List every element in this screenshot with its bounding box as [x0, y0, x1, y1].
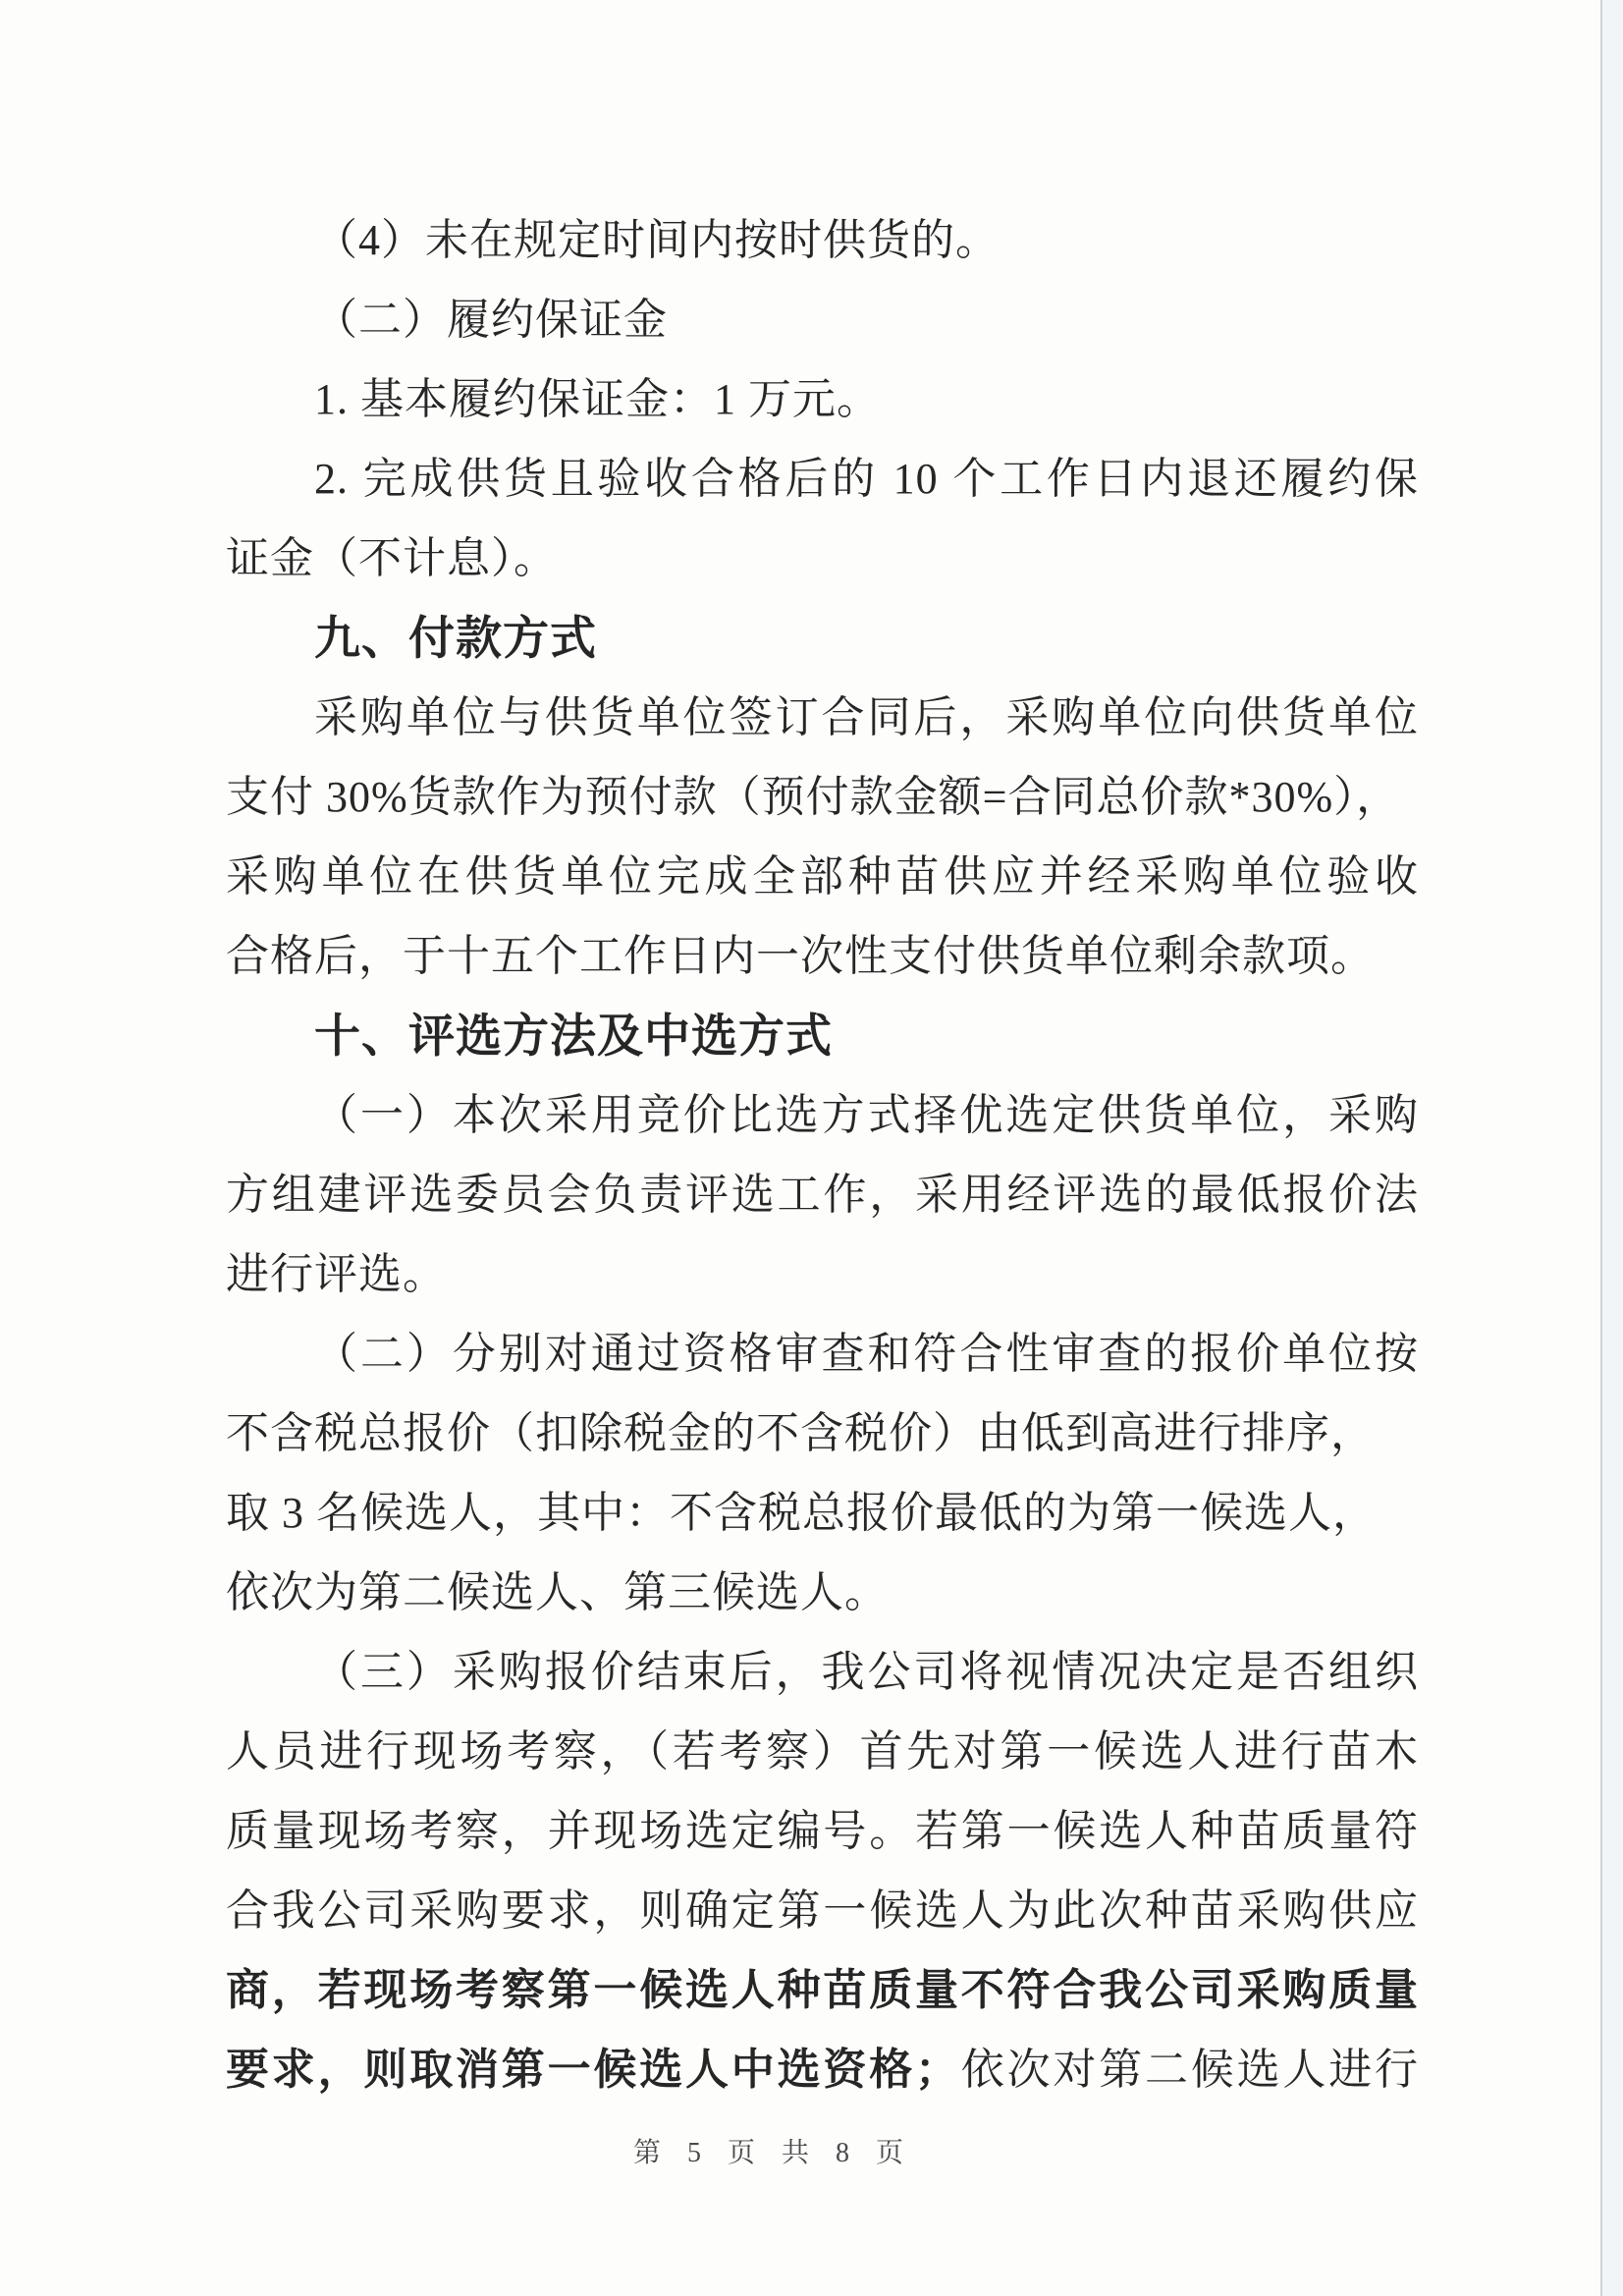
text-line: 合格后，于十五个工作日内一次性支付供货单位剩余款项。 — [226, 916, 1419, 996]
text-segment: （二）履约保证金 — [314, 296, 668, 344]
text-line: 2. 完成供货且验收合格后的 10 个工作日内退还履约保 — [226, 439, 1419, 519]
text-segment: 不含税总报价（扣除税金的不含税价）由低到高进行排序， — [226, 1409, 1375, 1457]
text-segment: （三）采购报价结束后，我公司将视情况决定是否组织 — [314, 1648, 1419, 1696]
text-line: （4）未在规定时间内按时供货的。 — [226, 200, 1419, 280]
text-segment: 商，若现场考察第一候选人种苗质量不符合我公司采购质量 — [226, 1966, 1419, 2014]
text-segment: 采购单位与供货单位签订合同后，采购单位向供货单位 — [314, 693, 1419, 741]
text-segment: 1. 基本履约保证金：1 万元。 — [314, 375, 881, 423]
text-line: 采购单位在供货单位完成全部种苗供应并经采购单位验收 — [226, 837, 1419, 916]
text-line: 证金（不计息）。 — [226, 519, 1419, 598]
text-segment: （一）本次采用竞价比选方式择优选定供货单位，采购 — [314, 1091, 1419, 1139]
text-line: 合我公司采购要求，则确定第一候选人为此次种苗采购供应 — [226, 1871, 1419, 1950]
text-segment: 取 3 名候选人，其中：不含税总报价最低的为第一候选人， — [226, 1489, 1377, 1537]
text-line: 商，若现场考察第一候选人种苗质量不符合我公司采购质量 — [226, 1950, 1419, 2030]
text-line: （二）履约保证金 — [226, 280, 1419, 359]
text-line: 人员进行现场考察，（若考察）首先对第一候选人进行苗木 — [226, 1712, 1419, 1791]
text-segment: 合格后，于十五个工作日内一次性支付供货单位剩余款项。 — [226, 932, 1375, 980]
text-segment: （二）分别对通过资格审查和符合性审查的报价单位按 — [314, 1330, 1419, 1378]
scan-edge-line — [1600, 0, 1602, 2296]
text-line: 进行评选。 — [226, 1234, 1419, 1314]
text-line: 取 3 名候选人，其中：不含税总报价最低的为第一候选人， — [226, 1473, 1419, 1553]
section-heading: 十、评选方法及中选方式 — [226, 996, 1419, 1075]
text-segment: 依次对第二候选人进行 — [959, 2046, 1419, 2094]
text-line: 不含税总报价（扣除税金的不含税价）由低到高进行排序， — [226, 1394, 1419, 1473]
text-segment: 方组建评选委员会负责评选工作，采用经评选的最低报价法 — [226, 1171, 1419, 1219]
text-segment: 依次为第二候选人、第三候选人。 — [226, 1568, 889, 1616]
text-segment: 十、评选方法及中选方式 — [314, 1010, 833, 1062]
text-line: 质量现场考察，并现场选定编号。若第一候选人种苗质量符 — [226, 1791, 1419, 1871]
text-segment: 人员进行现场考察，（若考察）首先对第一候选人进行苗木 — [226, 1727, 1419, 1776]
text-segment: 九、付款方式 — [314, 612, 597, 664]
text-segment: 质量现场考察，并现场选定编号。若第一候选人种苗质量符 — [226, 1807, 1419, 1855]
document-body: （4）未在规定时间内按时供货的。（二）履约保证金1. 基本履约保证金：1 万元。… — [226, 200, 1419, 2109]
text-line: 支付 30%货款作为预付款（预付款金额=合同总价款*30%）， — [226, 757, 1419, 837]
section-heading: 九、付款方式 — [226, 598, 1419, 678]
text-segment: 合我公司采购要求，则确定第一候选人为此次种苗采购供应 — [226, 1886, 1419, 1935]
text-segment: （4）未在规定时间内按时供货的。 — [314, 216, 1000, 264]
page-footer: 第 5 页 共 8 页 — [177, 2131, 1370, 2170]
text-segment: 进行评选。 — [226, 1250, 447, 1298]
text-line: （一）本次采用竞价比选方式择优选定供货单位，采购 — [226, 1075, 1419, 1155]
scan-edge-strip — [1602, 0, 1623, 2296]
text-segment: 证金（不计息）。 — [226, 534, 558, 582]
text-line: 采购单位与供货单位签订合同后，采购单位向供货单位 — [226, 678, 1419, 757]
text-line: （二）分别对通过资格审查和符合性审查的报价单位按 — [226, 1314, 1419, 1394]
text-segment: 2. 完成供货且验收合格后的 10 个工作日内退还履约保 — [314, 455, 1419, 503]
text-line: 1. 基本履约保证金：1 万元。 — [226, 359, 1419, 439]
document-page: （4）未在规定时间内按时供货的。（二）履约保证金1. 基本履约保证金：1 万元。… — [0, 0, 1623, 2296]
text-line: 方组建评选委员会负责评选工作，采用经评选的最低报价法 — [226, 1155, 1419, 1234]
text-segment: 支付 30%货款作为预付款（预付款金额=合同总价款*30%）， — [226, 773, 1400, 821]
text-line: （三）采购报价结束后，我公司将视情况决定是否组织 — [226, 1632, 1419, 1712]
text-segment: 采购单位在供货单位完成全部种苗供应并经采购单位验收 — [226, 852, 1419, 901]
text-segment: 要求，则取消第一候选人中选资格； — [226, 2046, 959, 2094]
text-line: 要求，则取消第一候选人中选资格；依次对第二候选人进行 — [226, 2030, 1419, 2109]
text-line: 依次为第二候选人、第三候选人。 — [226, 1553, 1419, 1632]
